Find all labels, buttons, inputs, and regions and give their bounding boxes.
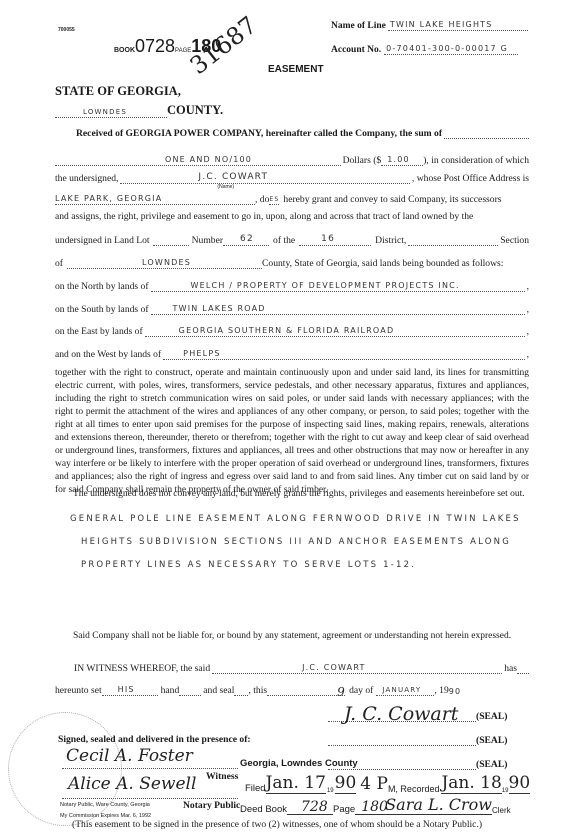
does-suffix: es <box>269 196 279 203</box>
book-label: BOOK <box>114 47 135 54</box>
received-text: Received of GEORGIA POWER COMPANY, herei… <box>76 128 442 139</box>
year-value: 90 <box>449 687 462 696</box>
his-value: his <box>118 685 135 694</box>
witness-whereof-line: IN WITNESS WHEREOF, the said J.C. Cowart… <box>74 660 529 674</box>
county2-value: Lowndes <box>142 258 191 267</box>
name-of-line-label: Name of Line <box>331 21 386 31</box>
boundary-north-value: Welch / Property of Development Projects… <box>191 281 460 290</box>
boundary-north-label: on the North by lands of <box>55 281 149 292</box>
county-state-text: County, State of Georgia, said lands bei… <box>262 258 503 269</box>
day-value: 9 <box>337 685 345 699</box>
filed-recorded-line: Filed Jan. 17 19 90 4 P M, Recorded Jan.… <box>245 772 547 794</box>
account-no-value: 0-70401-300-0-00017 G <box>386 44 508 53</box>
witness-signature: Cecil A. Foster <box>66 746 193 766</box>
county-value: Lowndes <box>83 108 127 116</box>
boundary-east-value: Georgia Southern & Florida Railroad <box>179 326 395 335</box>
county-state-line: of Lowndes County, State of Georgia, sai… <box>55 255 529 269</box>
name-of-line-value: Twin Lake Heights <box>390 20 493 29</box>
county-label: COUNTY. <box>167 103 223 118</box>
county-field: Lowndes COUNTY. <box>55 103 223 118</box>
description-line-3: Property Lines As Necessary To Serve Lot… <box>81 560 416 570</box>
seal-label-2: (SEAL) <box>476 735 507 746</box>
undersigned-line: the undersigned, J.C. Cowart(Name) , who… <box>55 170 529 184</box>
boundary-east: on the East by lands of Georgia Southern… <box>55 323 529 337</box>
day-of-label: day of <box>349 685 373 696</box>
address-value: Lake Park, Georgia <box>55 194 162 203</box>
seal-label: and seal <box>203 685 234 696</box>
assigns-text: and assigns, the right, privilege and ea… <box>55 211 529 222</box>
notary-seal <box>8 712 122 826</box>
boundary-west: and on the West by lands of Phelps, <box>55 346 529 360</box>
deed-book-line: Deed Book 728 Page 180 Sara L. Crow Cler… <box>240 797 552 815</box>
section-label: Section <box>500 235 529 246</box>
notary-label: Notary Public <box>183 800 240 811</box>
no-convey-paragraph: The undersigned does not convey any land… <box>55 488 529 501</box>
number-label: Number <box>192 235 223 246</box>
grant-text: hereby grant and convey to said Company,… <box>283 194 501 205</box>
boundary-east-label: on the East by lands of <box>55 326 143 337</box>
of-label: of <box>55 258 63 269</box>
boundary-south-value: Twin Lakes Road <box>173 304 266 313</box>
deed-page-label: Page <box>333 804 355 815</box>
undersigned-label: the undersigned, <box>55 173 118 184</box>
recorded-year: 90 <box>509 773 531 794</box>
dollars-value: 1.00 <box>387 155 410 164</box>
year-prefix: , 19 <box>434 685 448 696</box>
district-label: District, <box>375 235 406 246</box>
seal-label-1: (SEAL) <box>476 711 507 722</box>
deed-book-label: Deed Book <box>240 804 287 815</box>
filed-date: Jan. 17 <box>266 773 326 794</box>
of-the-label: of the <box>273 235 295 246</box>
boundary-west-label: and on the West by lands of <box>55 349 161 360</box>
post-office-label: , whose Post Office Address is <box>412 173 529 184</box>
hereunto-line: hereunto set his hand and seal , this 9 … <box>55 682 529 696</box>
description-line-2: Heights Subdivision Sections III and Anc… <box>81 537 511 547</box>
notary-signature: Alice A. Sewell <box>68 774 196 794</box>
notary-stamp-line-1: Notary Public, Ware County, Georgia <box>60 802 150 808</box>
seal-line-2: (SEAL) <box>328 734 507 746</box>
document-title: EASEMENT <box>268 64 324 75</box>
witness-whereof-lead: IN WITNESS WHEREOF, the said <box>74 663 210 674</box>
filed-year-prefix: 19 <box>327 788 334 794</box>
received-line: Received of GEORGIA POWER COMPANY, herei… <box>76 128 529 139</box>
clerk-label: Clerk <box>492 806 511 815</box>
boundary-south: on the South by lands of Twin Lakes Road… <box>55 301 529 315</box>
does-label: , do <box>255 194 269 205</box>
this-label: , this <box>248 685 267 696</box>
signed-sealed-text: Signed, sealed and delivered in the pres… <box>58 734 251 745</box>
sum-words: One and No/100 <box>165 155 252 164</box>
recorded-date: Jan. 18 <box>441 773 501 794</box>
deed-page-value: 180 <box>361 799 388 815</box>
filed-label: Filed <box>245 783 266 794</box>
form-number: 700055 <box>58 27 75 33</box>
address-line: Lake Park, Georgia , does hereby grant a… <box>55 191 529 205</box>
sum-line: One and No/100 Dollars ($ 1.00 ), in con… <box>55 152 529 166</box>
land-lot-number: 62 <box>240 234 254 244</box>
footer-note: (This easement to be signed in the prese… <box>72 819 482 830</box>
witness-signature-line: Cecil A. Foster <box>62 750 238 769</box>
recorded-year-prefix: 19 <box>502 788 509 794</box>
name-caption: (Name) <box>217 184 234 190</box>
filed-year: 90 <box>335 773 357 794</box>
district-number: 16 <box>321 234 335 244</box>
clerk-signature: Sara L. Crow <box>385 795 492 815</box>
land-lot-label: undersigned in Land Lot <box>55 235 150 246</box>
witness-whereof-name: J.C. Cowart <box>302 663 365 672</box>
terms-paragraph: together with the right to construct, op… <box>55 367 529 497</box>
consideration-text: ), in consideration of which <box>423 155 529 166</box>
boundary-north: on the North by lands of Welch / Propert… <box>55 278 529 292</box>
grantor-name: J.C. Cowart <box>198 172 268 182</box>
boundary-south-label: on the South by lands of <box>55 304 149 315</box>
hereunto-label: hereunto set <box>55 685 102 696</box>
dollars-label: Dollars ($ <box>343 155 382 166</box>
boundary-west-value: Phelps <box>183 349 220 358</box>
state-label: STATE OF GEORGIA, <box>55 84 181 99</box>
deed-book-value: 728 <box>301 799 328 815</box>
notary-signature-line: Alice A. Sewell <box>62 780 238 799</box>
liability-paragraph: Said Company shall not be liable for, or… <box>55 630 529 643</box>
filed-time: 4 P <box>360 774 388 794</box>
seal-label-3: (SEAL) <box>476 759 507 770</box>
account-number-field: Account No. 0-70401-300-0-00017 G <box>331 44 518 55</box>
county-stamp: Georgia, Lowndes County <box>240 758 358 769</box>
grantor-signature-line: J. C. Cowart (SEAL) <box>328 710 507 722</box>
m-recorded-label: M, Recorded <box>388 784 440 794</box>
grantor-signature: J. C. Cowart <box>344 703 458 725</box>
account-no-label: Account No. <box>331 45 381 55</box>
description-line-1: General Pole Line Easement Along Fernwoo… <box>70 514 521 524</box>
land-lot-line: undersigned in Land Lot Number 62 of the… <box>55 232 529 246</box>
month-value: January <box>382 686 421 694</box>
hand-label: hand <box>161 685 180 696</box>
has-label: has <box>504 663 517 674</box>
book-number: 0728 <box>135 36 175 56</box>
name-of-line-field: Name of Line Twin Lake Heights <box>331 20 528 31</box>
